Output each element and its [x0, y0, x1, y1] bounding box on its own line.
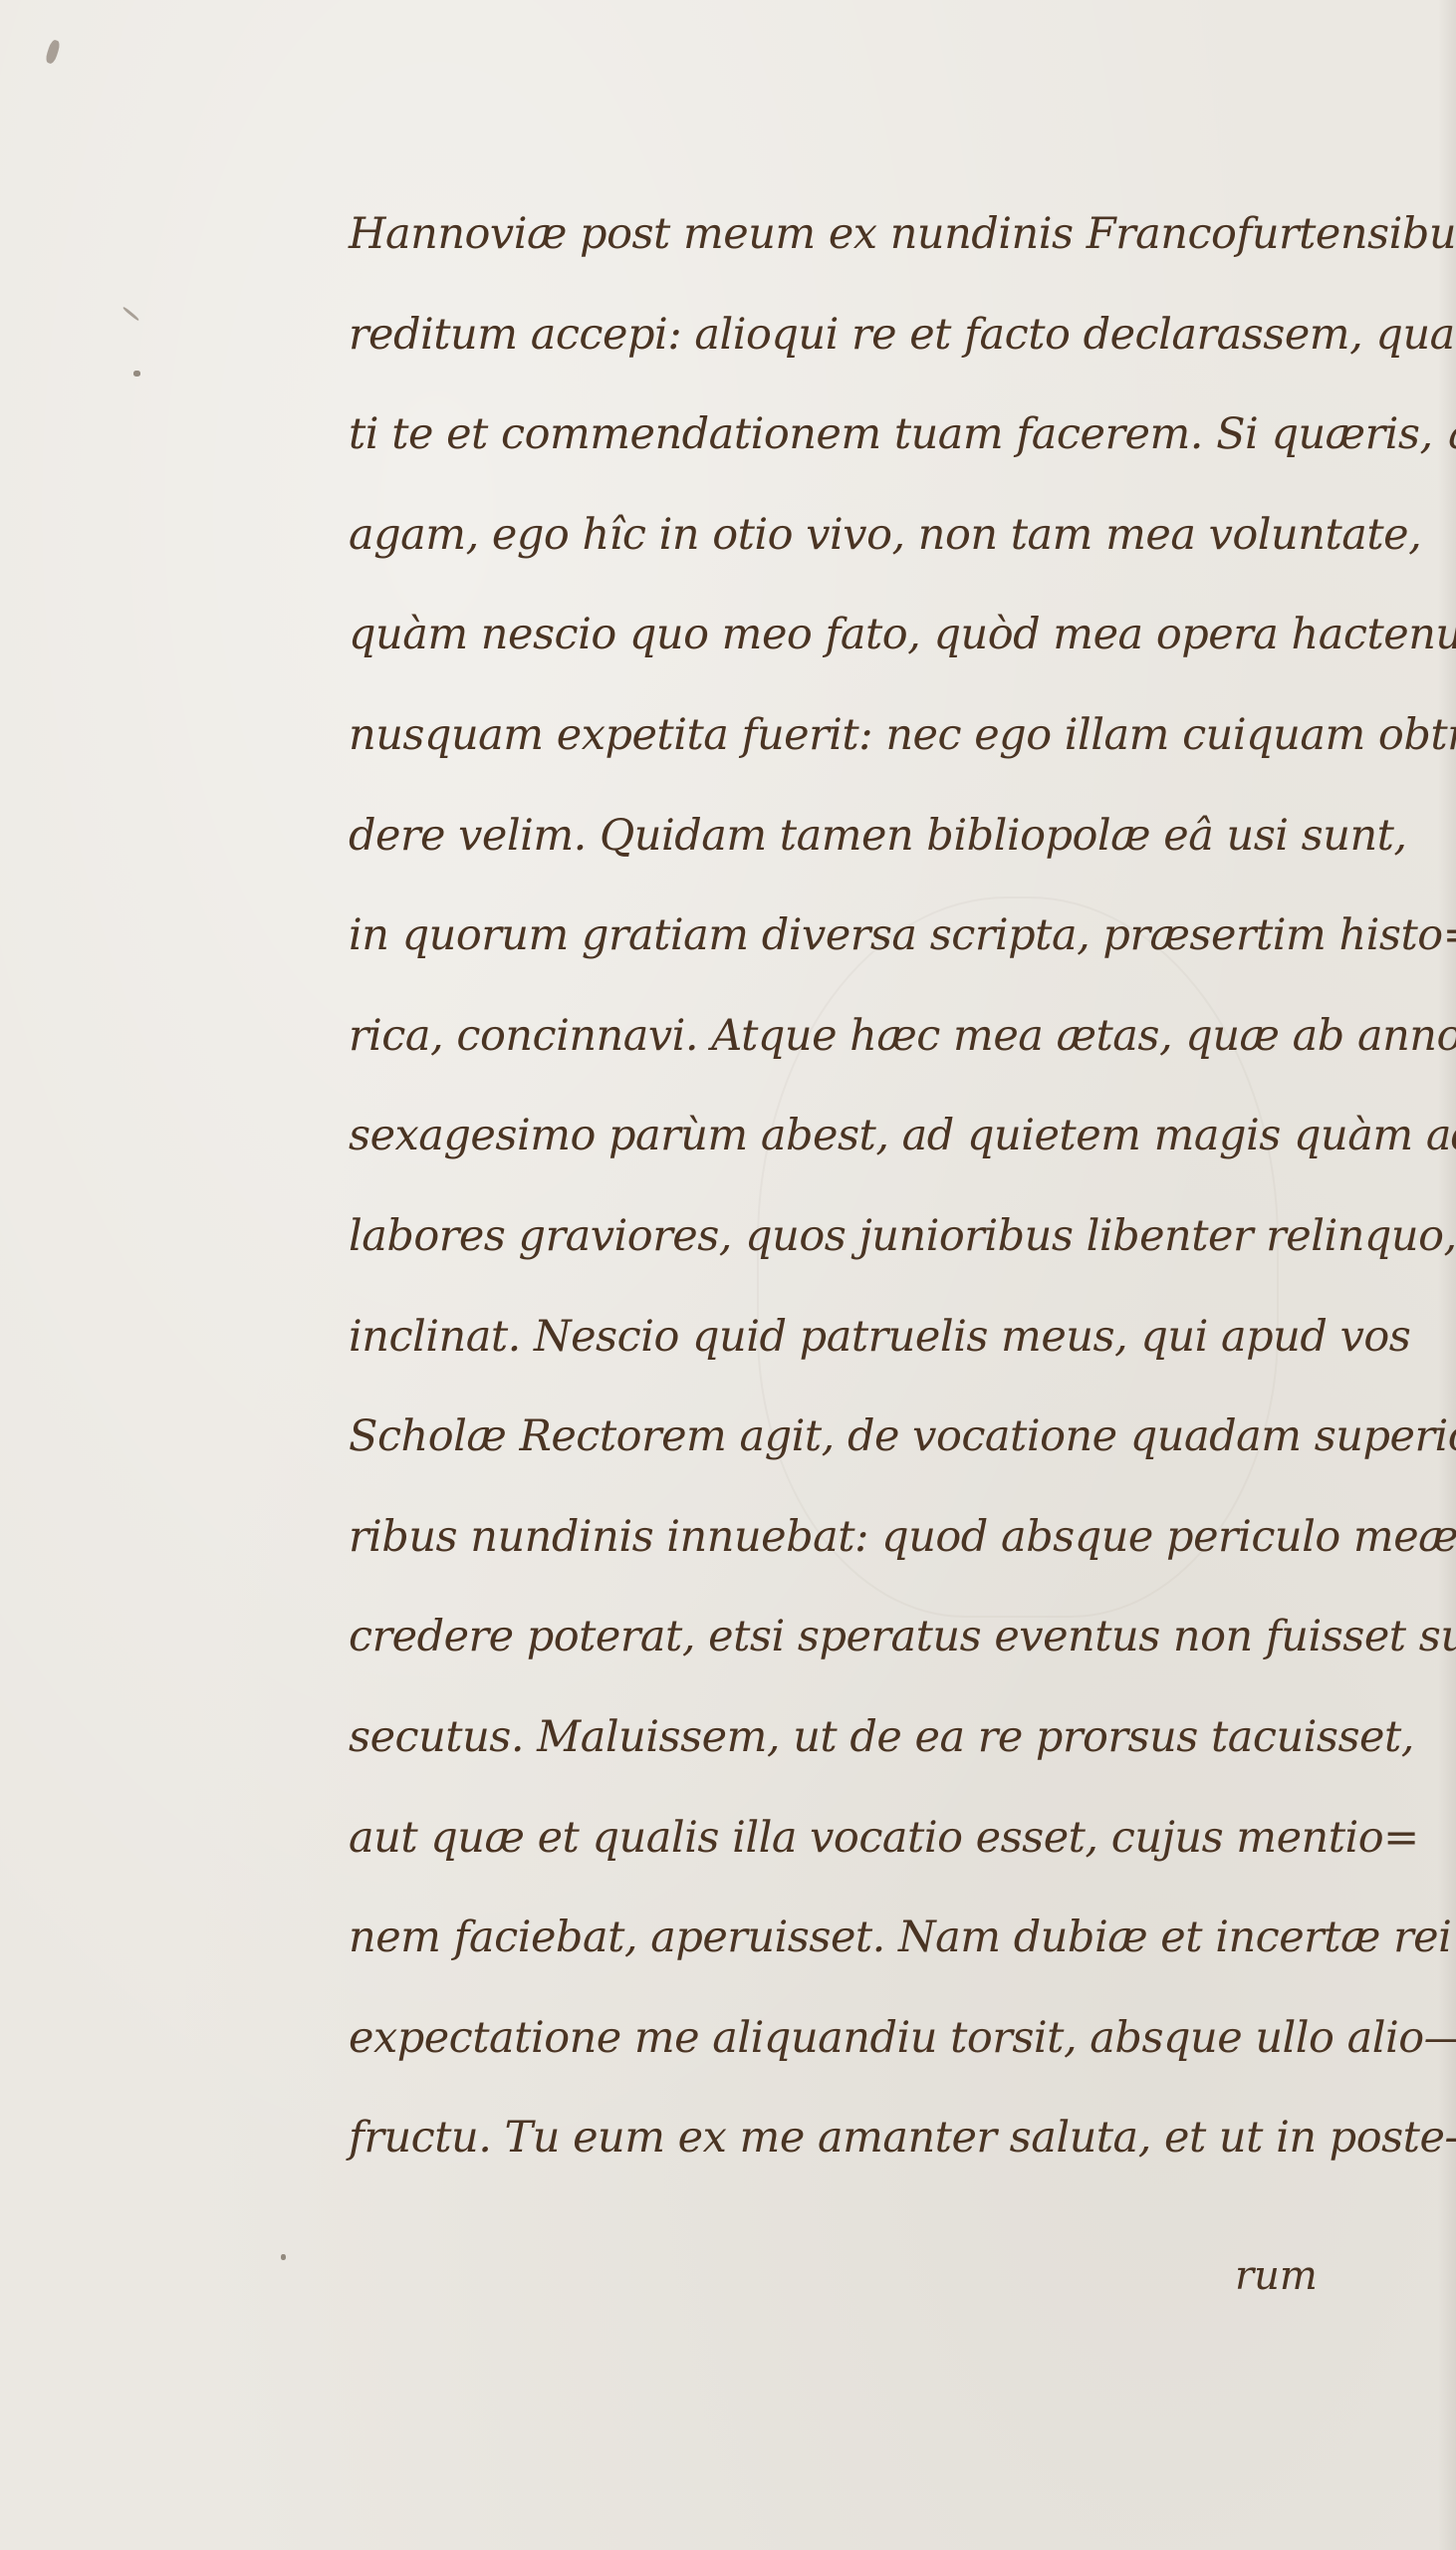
- manuscript-line: expectatione me aliquandiu torsit, absqu…: [349, 2008, 1364, 2109]
- manuscript-line: Scholæ Rectorem agit, de vocatione quada…: [349, 1406, 1364, 1507]
- manuscript-line: quàm nescio quo meo fato, quòd mea opera…: [349, 605, 1364, 705]
- manuscript-line: fructu. Tu eum ex me amanter saluta, et …: [349, 2108, 1364, 2208]
- manuscript-line: dere velim. Quidam tamen bibliopolæ eâ u…: [349, 806, 1364, 906]
- paper-speck: [45, 39, 62, 65]
- manuscript-line: ribus nundinis innuebat: quod absque per…: [349, 1507, 1364, 1608]
- manuscript-line: in quorum gratiam diversa scripta, præse…: [349, 905, 1364, 1006]
- manuscript-line: rica, concinnavi. Atque hæc mea ætas, qu…: [349, 1006, 1364, 1107]
- paper-speck: [133, 371, 140, 377]
- page-edge-shadow: [1438, 0, 1456, 2550]
- manuscript-line: agam, ego hîc in otio vivo, non tam mea …: [349, 505, 1364, 606]
- catchword: rum: [1235, 2253, 1318, 2299]
- paper-speck: [122, 306, 139, 321]
- manuscript-page: Hannoviæ post meum ex nundinis Francofur…: [0, 0, 1456, 2550]
- manuscript-text: Hannoviæ post meum ex nundinis Francofur…: [349, 204, 1364, 2208]
- manuscript-line: labores graviores, quos junioribus liben…: [349, 1206, 1364, 1307]
- manuscript-line: aut quæ et qualis illa vocatio esset, cu…: [349, 1808, 1364, 1909]
- manuscript-line: secutus. Maluissem, ut de ea re prorsus …: [349, 1707, 1364, 1808]
- manuscript-line: reditum accepi: alioqui re et facto decl…: [349, 305, 1364, 405]
- paper-speck: [281, 2254, 286, 2260]
- manuscript-line: ti te et commendationem tuam facerem. Si…: [349, 404, 1364, 505]
- manuscript-line: credere poterat, etsi speratus eventus n…: [349, 1607, 1364, 1707]
- manuscript-line: inclinat. Nescio quid patruelis meus, qu…: [349, 1307, 1364, 1407]
- manuscript-line: Hannoviæ post meum ex nundinis Francofur…: [349, 204, 1364, 305]
- manuscript-line: nusquam expetita fuerit: nec ego illam c…: [349, 705, 1364, 806]
- manuscript-line: nem faciebat, aperuisset. Nam dubiæ et i…: [349, 1908, 1364, 2008]
- manuscript-line: sexagesimo parùm abest, ad quietem magis…: [349, 1106, 1364, 1206]
